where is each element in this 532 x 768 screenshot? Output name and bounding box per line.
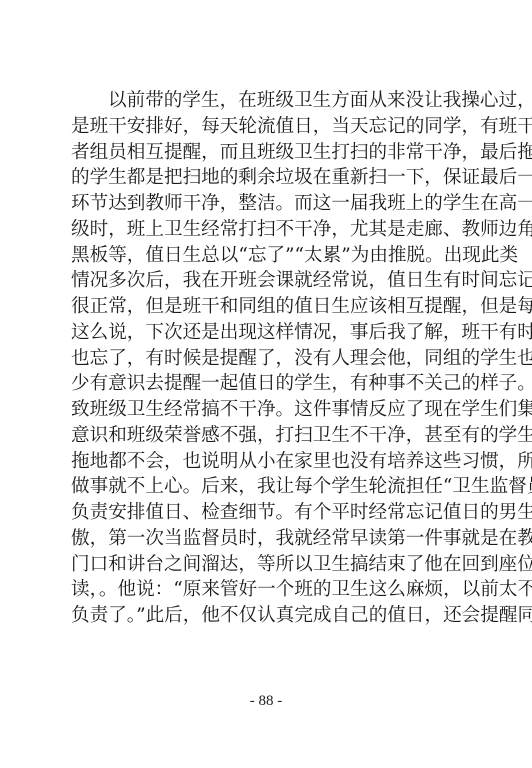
document-page: 以前带的学生，在班级卫生方面从来没让我操心过，都 是班干安排好，每天轮流值日，当…: [0, 0, 532, 768]
text-line: 傲，第一次当监督员时，我就经常早读第一件事就是在教师: [71, 526, 463, 552]
text-line: 也忘了，有时候是提醒了，没有人理会他，同组的学生也很: [71, 346, 463, 372]
text-line: 这么说，下次还是出现这样情况，事后我了解，班干有时候: [71, 320, 463, 346]
text-line: 门口和讲台之间溜达，等所以卫生搞结束了他在回到座位早: [71, 552, 463, 578]
text-line: 读，。他说：“原来管好一个班的卫生这么麻烦，以前太不: [71, 577, 463, 603]
text-line: 是班干安排好，每天轮流值日，当天忘记的同学，有班干或: [71, 114, 463, 140]
body-paragraph: 以前带的学生，在班级卫生方面从来没让我操心过，都 是班干安排好，每天轮流值日，当…: [71, 88, 463, 629]
text-line: 致班级卫生经常搞不干净。这件事情反应了现在学生们集体: [71, 397, 463, 423]
text-line: 的学生都是把扫地的剩余垃圾在重新扫一下，保证最后一个: [71, 165, 463, 191]
text-line: 环节达到教师干净，整洁。而这一届我班上的学生在高一年: [71, 191, 463, 217]
text-line: 负责了。”此后，他不仅认真完成自己的值日，还会提醒同: [71, 603, 463, 629]
text-line: 情况多次后，我在开班会课就经常说，值日生有时间忘记了: [71, 268, 463, 294]
text-line: 很正常，但是班干和同组的值日生应该相互提醒，但是每次: [71, 294, 463, 320]
page-number: - 88 -: [0, 693, 532, 710]
text-line: 者组员相互提醒，而且班级卫生打扫的非常干净，最后拖地: [71, 140, 463, 166]
text-line: 负责安排值日、检查细节。有个平时经常忘记值日的男生汪: [71, 500, 463, 526]
text-line: 意识和班级荣誉感不强，打扫卫生不干净，甚至有的学生连: [71, 423, 463, 449]
text-line: 少有意识去提醒一起值日的学生，有种事不关己的样子。导: [71, 371, 463, 397]
text-line: 做事就不上心。后来，我让每个学生轮流担任“卫生监督员”，: [71, 474, 463, 500]
text-line: 级时，班上卫生经常打扫不干净，尤其是走廊、教师边角、: [71, 217, 463, 243]
text-line: 以前带的学生，在班级卫生方面从来没让我操心过，都: [71, 88, 463, 114]
text-line: 拖地都不会，也说明从小在家里也没有培养这些习惯，所以: [71, 449, 463, 475]
text-line: 黑板等，值日生总以“忘了”“太累”为由推脱。出现此类: [71, 243, 463, 269]
